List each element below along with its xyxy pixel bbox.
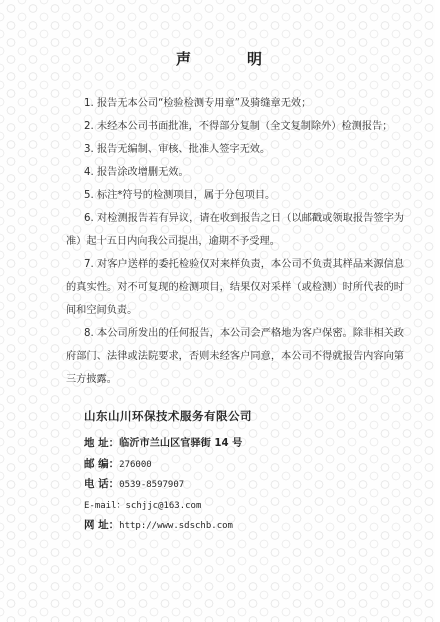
phone-row: 电 话：0539-8597907	[84, 474, 252, 495]
postcode-value: 276000	[119, 460, 152, 470]
statement-item-5: 5. 标注*符号的检测项目，属于分包项目。	[66, 184, 404, 207]
company-name: 山东山川环保技术服务有限公司	[84, 408, 252, 424]
contact-block: 山东山川环保技术服务有限公司 地 址：临沂市兰山区官驿街 14 号 邮 编：27…	[84, 408, 252, 536]
address-row: 地 址：临沂市兰山区官驿街 14 号	[84, 433, 252, 454]
statement-item-2: 2. 未经本公司书面批准，不得部分复制（全文复制除外）检测报告；	[66, 115, 404, 138]
postcode-label: 邮 编：	[84, 454, 119, 475]
phone-value: 0539-8597907	[119, 480, 184, 490]
website-label: 网 址：	[84, 515, 119, 536]
statement-item-3: 3. 报告无编制、审核、批准人签字无效。	[66, 138, 404, 161]
title-char-1: 声	[176, 48, 193, 69]
statement-list: 1. 报告无本公司“检验检测专用章”及骑缝章无效； 2. 未经本公司书面批准，不…	[66, 92, 404, 391]
email-label: E-mail：	[84, 501, 126, 511]
scan-edge	[435, 0, 440, 622]
title-char-2: 明	[247, 48, 264, 69]
statement-item-4: 4. 报告涂改增删无效。	[66, 161, 404, 184]
statement-item-8: 8. 本公司所发出的任何报告，本公司会严格地为客户保密。除非相关政府部门、法律或…	[66, 322, 404, 391]
website-value: http://www.sdschb.com	[119, 521, 233, 531]
email-row: E-mail：schjjc@163.com	[84, 495, 252, 516]
statement-item-7: 7. 对客户送样的委托检验仅对来样负责，本公司不负责其样品来源信息的真实性。对不…	[66, 253, 404, 322]
page-title: 声明	[0, 48, 440, 69]
website-row: 网 址：http://www.sdschb.com	[84, 515, 252, 536]
address-value: 临沂市兰山区官驿街 14 号	[119, 438, 242, 449]
phone-label: 电 话：	[84, 474, 119, 495]
statement-item-6: 6. 对检测报告若有异议，请在收到报告之日（以邮戳或领取报告签字为准）起十五日内…	[66, 207, 404, 253]
email-value: schjjc@163.com	[126, 501, 202, 511]
statement-item-1: 1. 报告无本公司“检验检测专用章”及骑缝章无效；	[66, 92, 404, 115]
address-label: 地 址：	[84, 433, 119, 454]
postcode-row: 邮 编：276000	[84, 454, 252, 475]
document-page: 声明 1. 报告无本公司“检验检测专用章”及骑缝章无效； 2. 未经本公司书面批…	[0, 0, 440, 622]
